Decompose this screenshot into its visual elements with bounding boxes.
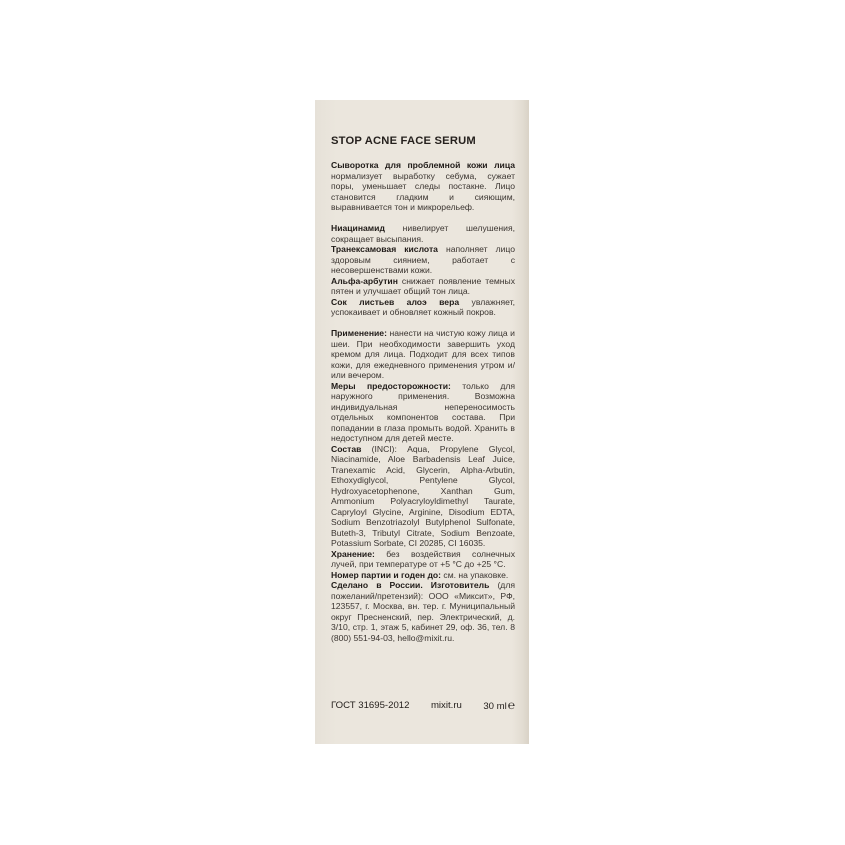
manufacturer-paragraph: Сделано в России. Изготовитель (для поже… xyxy=(331,580,515,643)
storage-paragraph: Хранение: без воздействия солнечных луче… xyxy=(331,549,515,570)
estimated-sign-icon: ℮ xyxy=(508,698,515,712)
batch-text: см. на упаковке. xyxy=(441,570,508,580)
volume: 30 ml℮ xyxy=(483,698,515,712)
precautions-label: Меры предосторожности: xyxy=(331,381,451,391)
product-box-back-panel: STOP ACNE FACE SERUM Сыворотка для пробл… xyxy=(315,100,529,744)
ingredient-benefit-niacinamide: Ниацинамид нивелирует шелушения, сокраща… xyxy=(331,223,515,244)
intro-paragraph: Сыворотка для проблемной кожи лица норма… xyxy=(331,160,515,213)
ingredient-benefit-aloe: Сок листьев алоэ вера увлажняет, успокаи… xyxy=(331,297,515,318)
website: mixit.ru xyxy=(431,700,462,711)
composition-label: Состав xyxy=(331,444,361,454)
ingredient-name: Сок листьев алоэ вера xyxy=(331,297,459,307)
composition-paragraph: Состав (INCI): Aqua, Propylene Glycol, N… xyxy=(331,444,515,549)
ingredient-benefit-alpha-arbutin: Альфа-арбутин снижает появление темных п… xyxy=(331,276,515,297)
precautions-paragraph: Меры предосторожности: только для наружн… xyxy=(331,381,515,444)
usage-label: Применение: xyxy=(331,328,387,338)
batch-paragraph: Номер партии и годен до: см. на упаковке… xyxy=(331,570,515,581)
usage-paragraph: Применение: нанести на чистую кожу лица … xyxy=(331,328,515,381)
product-title: STOP ACNE FACE SERUM xyxy=(331,134,515,148)
intro-text: нормализует выработку себума, сужает пор… xyxy=(331,171,515,213)
composition-text: (INCI): Aqua, Propylene Glycol, Niacinam… xyxy=(331,444,515,549)
ingredient-name: Ниацинамид xyxy=(331,223,385,233)
storage-label: Хранение: xyxy=(331,549,375,559)
ingredient-benefit-tranexamic-acid: Транексамовая кислота наполняет лицо здо… xyxy=(331,244,515,276)
ingredient-name: Альфа-арбутин xyxy=(331,276,398,286)
intro-bold: Сыворотка для проблемной кожи лица xyxy=(331,160,515,170)
volume-value: 30 ml xyxy=(483,701,506,712)
label-content: STOP ACNE FACE SERUM Сыворотка для пробл… xyxy=(331,134,515,643)
label-footer: ГОСТ 31695-2012 mixit.ru 30 ml℮ xyxy=(331,698,515,712)
manufacturer-label: Сделано в России. Изготовитель xyxy=(331,580,489,590)
ingredient-name: Транексамовая кислота xyxy=(331,244,438,254)
batch-label: Номер партии и годен до: xyxy=(331,570,441,580)
gost-standard: ГОСТ 31695-2012 xyxy=(331,700,409,711)
